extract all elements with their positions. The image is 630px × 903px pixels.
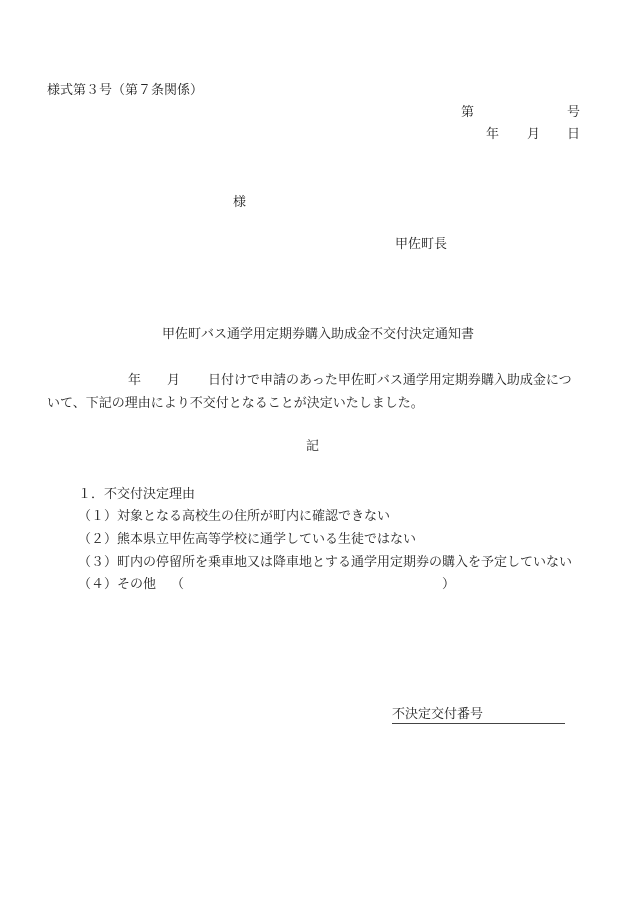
other-reason-close-paren: ） (442, 578, 455, 591)
body-text-line-2: いて、下記の理由により不交付となることが決定いたしました。 (47, 397, 424, 410)
body-text-line-1: 日付けで申請のあった甲佐町バス通学用定期券購入助成金につ (208, 374, 572, 387)
nonissue-number-field: 不決定交付番号 (392, 708, 565, 724)
date-day-label: 日 (567, 128, 580, 141)
doc-number-prefix: 第 (461, 106, 474, 119)
reasons-heading: １．不交付決定理由 (78, 488, 195, 501)
reason-item: （４）その他 (78, 578, 156, 591)
reason-item: （２）熊本県立甲佐高等学校に通学している生徒ではない (78, 533, 416, 546)
reason-item: （３）町内の停留所を乗車地又は降車地とする通学用定期券の購入を予定していない (78, 556, 572, 569)
addressee-suffix: 様 (233, 196, 246, 209)
issuer: 甲佐町長 (395, 238, 447, 251)
form-number: 様式第３号（第７条関係） (47, 84, 203, 97)
body-year-label: 年 (128, 374, 141, 387)
reason-item: （１）対象となる高校生の住所が町内に確認できない (78, 510, 390, 523)
doc-number-suffix: 号 (567, 106, 580, 119)
document-title: 甲佐町バス通学用定期券購入助成金不交付決定通知書 (162, 328, 474, 341)
body-month-label: 月 (167, 374, 180, 387)
other-reason-open-paren: （ (171, 578, 184, 591)
ki-heading: 記 (306, 440, 319, 453)
date-year-label: 年 (486, 128, 499, 141)
date-month-label: 月 (527, 128, 540, 141)
